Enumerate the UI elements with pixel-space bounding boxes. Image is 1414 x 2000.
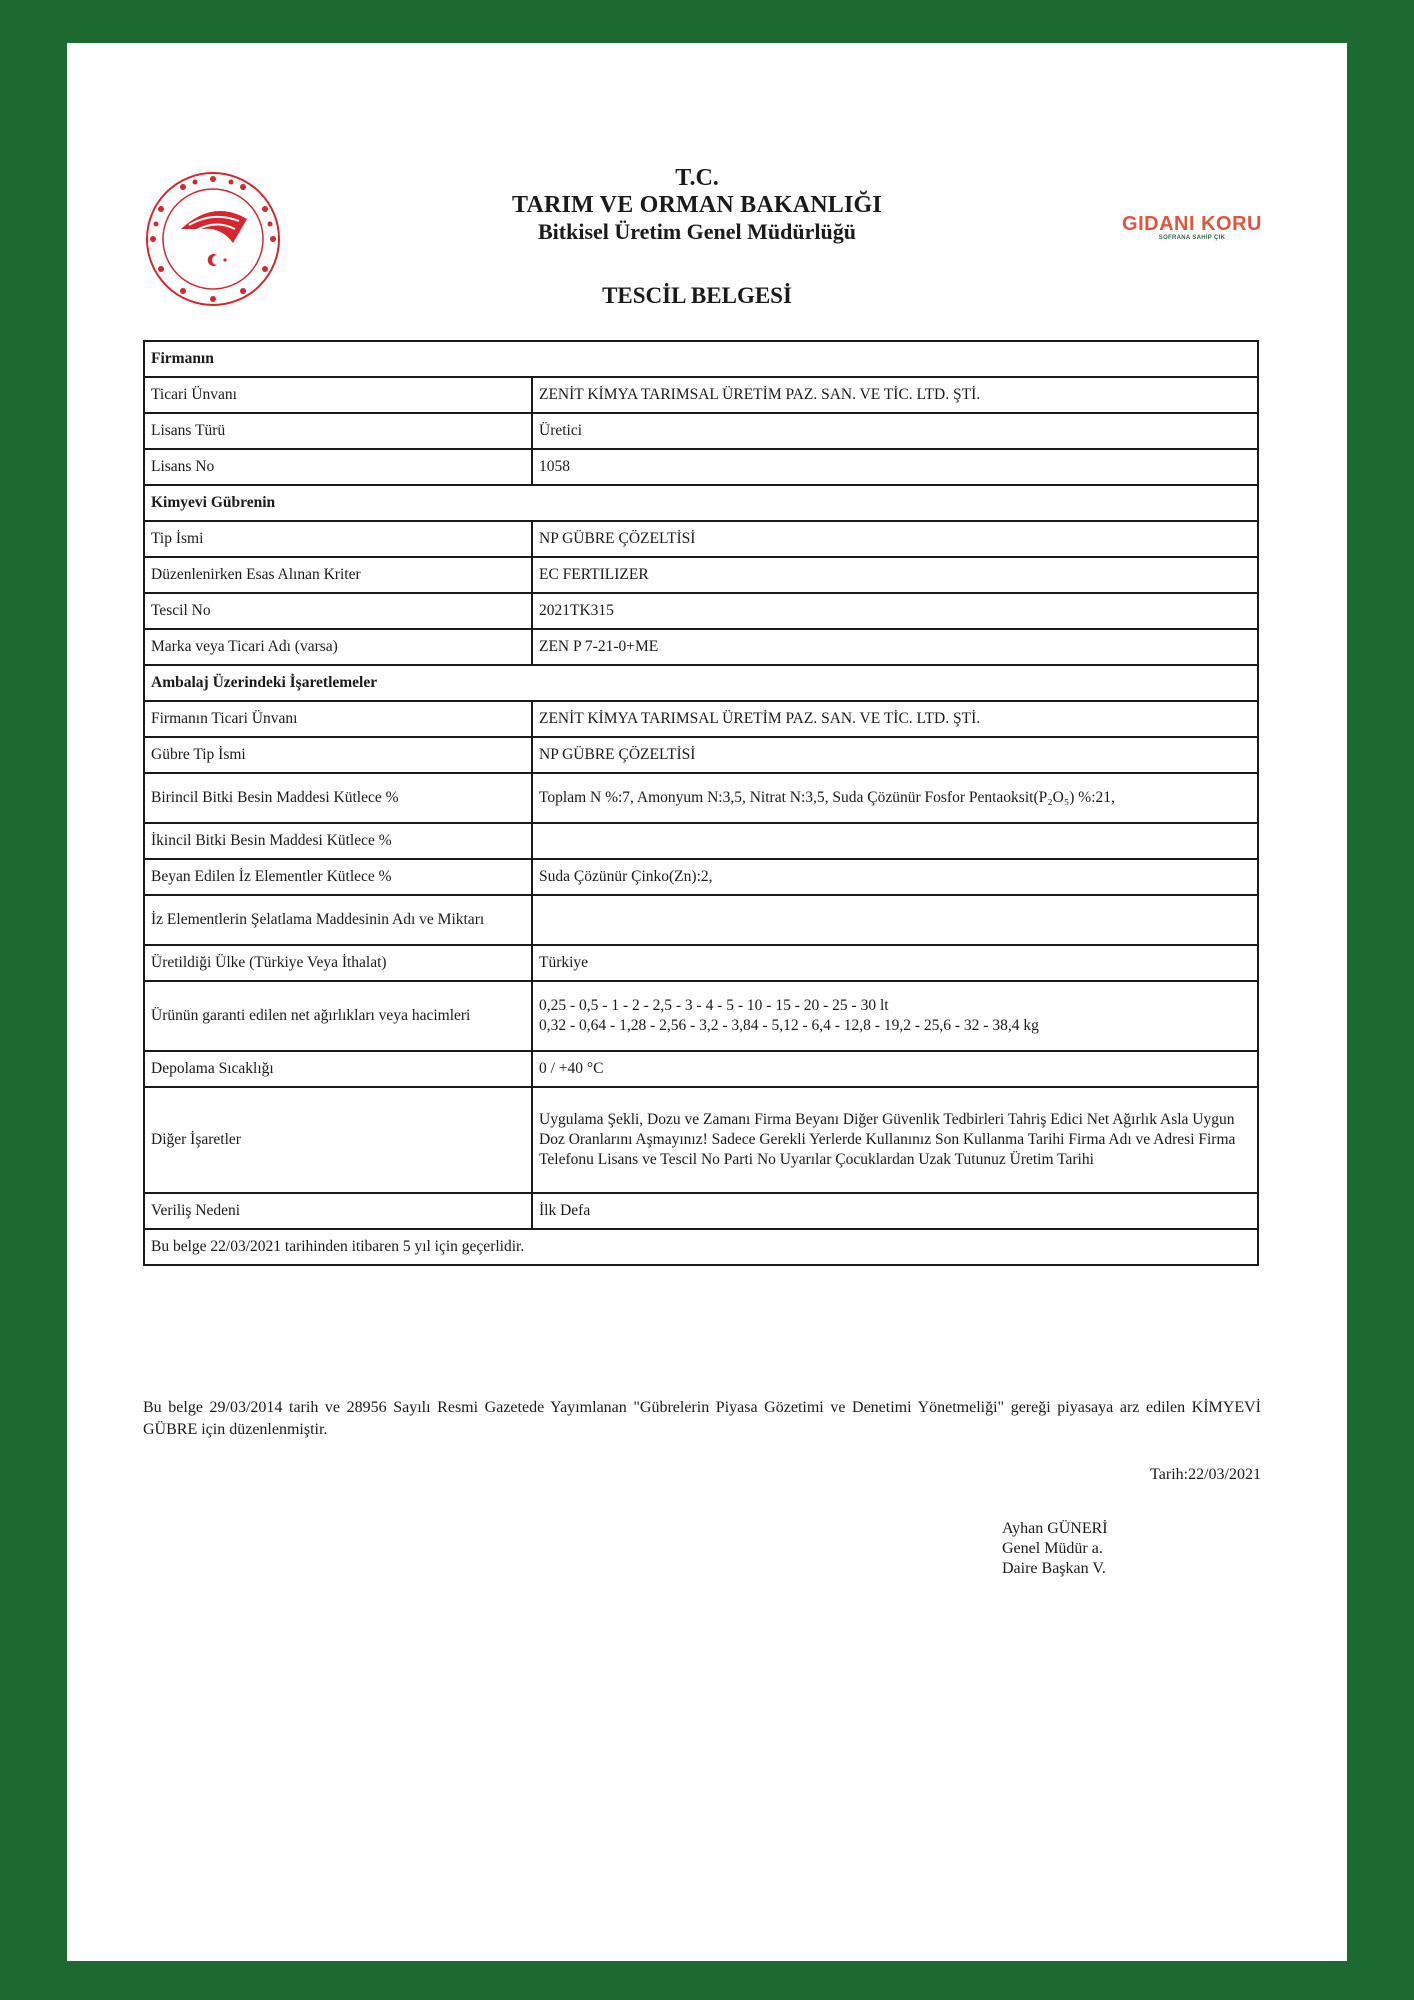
signature-block: Ayhan GÜNERİ Genel Müdür a. Daire Başkan…	[1002, 1519, 1108, 1579]
ministry-emblem-icon	[143, 169, 283, 309]
section-title-packaging: Ambalaj Üzerindeki İşaretlemeler	[144, 665, 1258, 701]
table-row: Düzenlenirken Esas Alınan KriterEC FERTI…	[144, 557, 1258, 593]
table-row: Marka veya Ticari Adı (varsa)ZEN P 7-21-…	[144, 629, 1258, 665]
table-row: Ürünün garanti edilen net ağırlıkları ve…	[144, 981, 1258, 1051]
table-row: Diğer İşaretlerUygulama Şekli, Dozu ve Z…	[144, 1087, 1258, 1193]
table-row: Tescil No2021TK315	[144, 593, 1258, 629]
signatory-title-1: Genel Müdür a.	[1002, 1539, 1108, 1559]
section-title-firm: Firmanın	[144, 341, 1258, 377]
table-row: İz Elementlerin Şelatlama Maddesinin Adı…	[144, 895, 1258, 945]
table-row: Veriliş Nedeniİlk Defa	[144, 1193, 1258, 1229]
table-row: İkincil Bitki Besin Maddesi Kütlece %	[144, 823, 1258, 859]
table-row: Ticari ÜnvanıZENİT KİMYA TARIMSAL ÜRETİM…	[144, 377, 1258, 413]
table-row: Birincil Bitki Besin Maddesi Kütlece %To…	[144, 773, 1258, 823]
certificate-page: T.C. TARIM VE ORMAN BAKANLIĞI Bitkisel Ü…	[67, 43, 1347, 1961]
validity-statement: Bu belge 22/03/2021 tarihinden itibaren …	[144, 1229, 1258, 1265]
table-row: Beyan Edilen İz Elementler Kütlece %Suda…	[144, 859, 1258, 895]
table-row: Tip İsmiNP GÜBRE ÇÖZELTİSİ	[144, 521, 1258, 557]
signatory-title-2: Daire Başkan V.	[1002, 1559, 1108, 1579]
section-title-fertilizer: Kimyevi Gübrenin	[144, 485, 1258, 521]
ministry-name: TARIM VE ORMAN BAKANLIĞI	[447, 192, 947, 219]
directorate-name: Bitkisel Üretim Genel Müdürlüğü	[447, 219, 947, 245]
brand-logo: GIDANI KORU SOFRANA SAHİP ÇIK	[1122, 213, 1262, 241]
table-row: Depolama Sıcaklığı0 / +40 °C	[144, 1051, 1258, 1087]
net-quantities: 0,25 - 0,5 - 1 - 2 - 2,5 - 3 - 4 - 5 - 1…	[532, 981, 1258, 1051]
brand-name: GIDANI KORU	[1122, 213, 1262, 235]
document-title: TESCİL BELGESİ	[447, 283, 947, 309]
issuer-header: T.C. TARIM VE ORMAN BAKANLIĞI Bitkisel Ü…	[447, 165, 947, 245]
header-line-1: T.C.	[447, 165, 947, 192]
table-row: Lisans TürüÜretici	[144, 413, 1258, 449]
brand-tagline: SOFRANA SAHİP ÇIK	[1122, 235, 1262, 241]
table-row: Gübre Tip İsmiNP GÜBRE ÇÖZELTİSİ	[144, 737, 1258, 773]
signatory-name: Ayhan GÜNERİ	[1002, 1519, 1108, 1539]
table-row: Lisans No1058	[144, 449, 1258, 485]
registration-table: Firmanın Ticari ÜnvanıZENİT KİMYA TARIMS…	[143, 340, 1259, 1266]
table-row: Üretildiği Ülke (Türkiye Veya İthalat)Tü…	[144, 945, 1258, 981]
issue-date: Tarih:22/03/2021	[1150, 1466, 1261, 1484]
legal-basis-text: Bu belge 29/03/2014 tarih ve 28956 Sayıl…	[143, 1397, 1261, 1441]
table-row: Firmanın Ticari ÜnvanıZENİT KİMYA TARIMS…	[144, 701, 1258, 737]
